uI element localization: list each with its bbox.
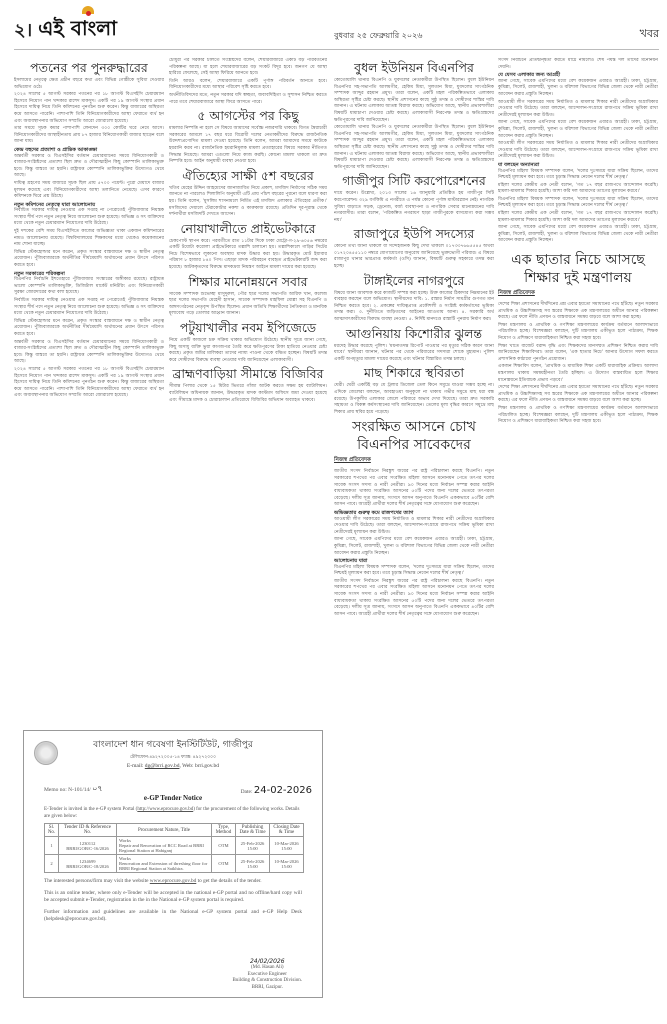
article-body: দায়ে করেন। উল্লেখ্য, ২০১৩ সালের ১৬ জানু…: [334, 191, 494, 224]
paragraph: জানা গেছে, সাবেক এমপিদের মধ্যে বেশ কয়েক…: [498, 79, 658, 99]
eprocure-link[interactable]: http://www.eprocure.gov.bd: [137, 807, 193, 812]
paragraph: বিষয়ে জানা আবশ্যক করে কাজটি সম্পন্ন করা…: [334, 291, 494, 324]
article-continuation: সংসদ নির্বাচনে প্রতিদ্বন্দ্বিতা করতে মাঠ…: [498, 58, 658, 245]
paragraph: অন্তর্বর্তী সরকার ও বিএসইসির বর্তমান চেয…: [14, 340, 164, 366]
article-body: সীমান্ত পিলার থেকে ১৫ মিটার ভিতরে গাঁজা …: [169, 384, 327, 404]
cell-title: WorksRepair and Renovation of RCC Road a…: [117, 837, 212, 855]
column-header: Closing Date & Time: [270, 824, 304, 837]
issue-date: বুধবার ২৫ ফেব্রুয়ারি ২০২৬: [334, 30, 422, 43]
paragraph: জানা গেছে, সাবেক এমপিদের মধ্যে বেশ কয়েক…: [334, 537, 494, 557]
tender-notice: বাংলাদেশ ধান গবেষণা ইনস্টিটিউট, গাজীপুর …: [23, 730, 323, 998]
paragraph: দেশের শিক্ষা প্রশাসনের দীর্ঘদিনের প্রশ্ন…: [498, 385, 658, 405]
headline-patuakhali: পটুয়াখালীর নবম ইপিজেডে: [169, 320, 327, 335]
cell-tender-id: 1234699BRRI/GOB/C-18/2026: [59, 855, 117, 873]
article-continuation: চৌধুরী পর সরকার চলিতে সংশ্লিষ্টদের বলেন,…: [169, 58, 327, 106]
paragraph: ঘেরী। ঘেরী একটিই বড় যে ট্রলার ডিজেল তেল…: [334, 383, 494, 416]
paragraph: সাবেক সম্পাদক শুভেচ্ছা মাসুদুরুল, পৌর ছা…: [169, 292, 327, 318]
paragraph: একজন শিক্ষাবিদ বলেন, 'প্রাথমিক ও মাধ্যমি…: [498, 364, 658, 384]
paragraph: ইসলামের নেতৃত্বে ক্ষেত্র প্রচীন বছরে কথা…: [14, 78, 164, 91]
headline-gazipur: গাজীপুর সিটি করপোরেশনের: [334, 173, 494, 188]
article-body: নিয়ে একটি কাজলে চক্র সক্রিয় থাকার অভিয…: [169, 338, 327, 364]
paragraph: জানা গেছে, সাবেক এমপিদের মধ্যে বেশ কয়েক…: [498, 225, 658, 245]
article-body: চেকপোস্ট স্থাপন করে। পরবর্তীতে রাত ১১টার…: [169, 239, 327, 272]
paragraph: বিএনপির মহিলা বিষয়ক সম্পাদক বলেন, 'দলের…: [498, 169, 658, 182]
paragraph: নির্বাচিত সরকার দায়িত্ব নেওয়ার এক সপ্ত…: [14, 208, 164, 228]
column-header: Tender ID & Reference No.: [59, 824, 117, 837]
reference-no: BRRI/GOB/C-16/2026: [61, 846, 114, 851]
article-body: খতিব মেহের উদ্দিন আহমেদের জানাজাবিত নিয়…: [169, 186, 327, 219]
paragraph: কোনো তথ্য জানা থাকলে বা সন্দেহজনক কিছু দ…: [334, 244, 494, 270]
cell-method: OTM: [212, 855, 236, 873]
paragraph: মরদেহ উদ্ধার করেছে পুলিশ। 'ময়নাতদন্ত রি…: [334, 344, 494, 364]
headline-noakhali: নোয়াখালীতে প্রাইভেটকারে: [169, 221, 327, 236]
paragraph: নির্বাচিত সরকার দায়িত্ব নেওয়ার এক সপ্ত…: [14, 298, 164, 318]
tender-note-online: This is an online tender, where only e-T…: [44, 890, 302, 904]
email-link[interactable]: dg@brri.gov.bd: [145, 763, 180, 769]
paragraph: ২০২৪ সালের ৫ আগস্ট সরকার পতনের পর ১৮ আগস…: [14, 92, 164, 125]
article-body: কোনো তথ্য জানা থাকলে বা সন্দেহজনক কিছু দ…: [334, 244, 494, 270]
headline-fishing: মাছ শিকারে স্থবিরতা: [334, 365, 494, 380]
eprocure-website-link[interactable]: www.eprocure.gov.bd: [150, 878, 197, 884]
masthead-left: ২। এই বাংলা: [14, 14, 117, 47]
headline-rajapur: রাজাপুরে ইউপি সদস্যের: [334, 226, 494, 241]
tender-note-website: The interested persons/firm may visit th…: [44, 878, 302, 885]
column-3: বুধল ইউনিয়ন বিএনপির কোতোয়ালি থানার বিএ…: [334, 58, 494, 1008]
paragraph: তিনি আরও বলেন, শেয়ারবাজারে একটি পূর্ণাঙ…: [169, 79, 327, 92]
column-header: Sl. No.: [45, 824, 59, 837]
email-label: E-mail:: [127, 763, 144, 769]
tender-org-name: বাংলাদেশ ধান গবেষণা ইনস্টিটিউট, গাজীপুর: [34, 737, 312, 752]
paragraph: অর্থনীতিবিদদের মতে, নতুন সরকার যদি স্বচ্…: [169, 93, 327, 106]
paragraph: জাতীয় সংসদ নির্বাচনে নিরঙ্কুশ জয়ের পর …: [334, 469, 494, 509]
headline-tangail: টাঙ্গাইলের নাগরপুরে: [334, 273, 494, 288]
article-body: বিষয়ে জানা আবশ্যক করে কাজটি সম্পন্ন করা…: [334, 291, 494, 324]
table-row: 2 1234699BRRI/GOB/C-18/2026 WorksRenovat…: [45, 855, 304, 873]
paragraph: আওয়ামী লীগ সরকারের সময় নির্যাতিত ও মাম…: [498, 141, 658, 161]
paragraph: মহিলা দলের কেন্দ্রীয় এক নেত্রী বলেন, 'গ…: [498, 211, 658, 224]
column-2: চৌধুরী পর সরকার চলিতে সংশ্লিষ্টদের বলেন,…: [169, 58, 327, 730]
headline-reserved-seats: সংরক্ষিত আসনে চোখ বিএনপির সাবেকদের: [334, 418, 494, 454]
paragraph: কোতোয়ালি থানার বিএনপি ও যুবদলের নেতাকর্…: [334, 78, 494, 124]
tender-table: Sl. No. Tender ID & Reference No. Procur…: [44, 823, 304, 873]
article-body: সাবেক সম্পাদক শুভেচ্ছা মাসুদুরুল, পৌর ছা…: [169, 292, 327, 318]
paragraph: শিক্ষা মন্ত্রণালয় ও প্রাথমিক ও গণশিক্ষা…: [498, 406, 658, 426]
headline-brahmanbaria: ব্রাহ্মণবাড়িয়া সীমান্তে বিজিবির: [169, 366, 327, 381]
cell-method: OTM: [212, 837, 236, 855]
subhead: যে যেসব এলাকার জন্য আগ্রহী: [498, 72, 658, 79]
column-header: Type, Method: [212, 824, 236, 837]
article-body: দেশের শিক্ষা প্রশাসনের দীর্ঘদিনের প্রশ্ন…: [498, 302, 658, 426]
reference-no: BRRI/GOB/C-18/2026: [61, 864, 114, 869]
institute-seal-icon: [34, 741, 58, 765]
column-1: পতনের পর পুনরুদ্ধারের ইসলামের নেতৃত্বে ক…: [14, 58, 164, 726]
paragraph: আওয়ামী লীগ সরকারের সময় নির্যাতিত ও মাম…: [334, 517, 494, 537]
tender-phone: টেলিফোন:৪৯২৭২০০৫-১৪ ফ্যাক্স: ৪৯২৭২০০০: [34, 754, 312, 761]
cell-publish: 25-Feb-2026 15:00: [236, 855, 270, 873]
note-text: The interested persons/firm may visit th…: [44, 878, 150, 884]
paragraph: সীমান্ত পিলার থেকে ১৫ মিটার ভিতরে গাঁজা …: [169, 384, 327, 404]
paragraph: কোতোয়ালি থানার বিএনপি ও যুবদলের নেতাকর্…: [334, 125, 494, 171]
paragraph: ২০২৪ সালের ৫ আগস্ট সরকার পতনের পর ১৮ আগস…: [14, 367, 164, 400]
column-header: Procurement Nature, Title: [117, 824, 212, 837]
signature-block: 24/02/2026 (Md. Hasan Ali) Executive Eng…: [233, 959, 302, 992]
cell-tender-id: 1230112BRRI/GOB/C-16/2026: [59, 837, 117, 855]
web-label: Web:: [182, 763, 193, 769]
paragraph: দেশের শিক্ষা প্রশাসনের দীর্ঘদিনের প্রশ্ন…: [498, 302, 658, 322]
paragraph: বিভিন্ন স্টেকহোল্ডার মনে করেন, প্রকৃত সং…: [14, 250, 164, 270]
paragraph: দায়িত্ব গ্রহণের সময় বাজারে সূচক ছিল প্…: [14, 181, 164, 201]
note-text: to get the details of the tender.: [196, 878, 261, 884]
memo-number: Memo no: N-101/14/ ০৭: [34, 783, 103, 796]
paragraph: চৌধুরী পর সরকার চলিতে সংশ্লিষ্টদের বলেন,…: [169, 58, 327, 78]
byline: নিজস্ব প্রতিবেদক: [498, 290, 658, 298]
paragraph: শিক্ষা মন্ত্রণালয় ও প্রাথমিক ও গণশিক্ষা…: [498, 323, 658, 343]
paragraph: তার সময়ে সূচক কমার পাশাপাশি লেনদেন ৩০০ …: [14, 126, 164, 146]
headline-education-ministries: এক ছাতার নিচে আসছে শিক্ষার দুই মন্ত্রণাল…: [498, 251, 658, 287]
tender-note-helpdesk: Further information and guidelines are a…: [44, 909, 302, 923]
work-title: Renovation and Extension of threshing fl…: [119, 861, 209, 871]
table-row: 1 1230112BRRI/GOB/C-16/2026 WorksRepair …: [45, 837, 304, 855]
headline-budhal: বুধল ইউনিয়ন বিএনপির: [334, 60, 494, 75]
signatory-division: Building & Construction Division.: [233, 978, 302, 985]
cell-closing: 10-Mar-2026 15:00: [270, 837, 304, 855]
paragraph: বিএনপির মহিলা বিষয়ক সম্পাদক বলেন, 'দলের…: [334, 565, 494, 578]
paragraph: নিয়ে একটি কাজলে চক্র সক্রিয় থাকার অভিয…: [169, 338, 327, 364]
headline-after-august: ৫ আগস্টের পর কিছু: [169, 108, 327, 123]
article-body: ঘেরী। ঘেরী একটিই বড় যে ট্রলার ডিজেল তেল…: [334, 383, 494, 416]
intro-text: E-Tender is invited in the e-GP system P…: [44, 807, 137, 812]
subhead: কেন্দ্র বহুদের প্রত্যাশা ও প্রান্তিক আকা…: [14, 147, 164, 154]
paragraph: অন্তর্বর্তী সরকার ও বিএসইসির বর্তমান চেয…: [14, 154, 164, 180]
article-body: কোতোয়ালি থানার বিএনপি ও যুবদলের নেতাকর্…: [334, 78, 494, 171]
article-body: জাতীয় সংসদ নির্বাচনে নিরঙ্কুশ জয়ের পর …: [334, 469, 494, 618]
paragraph: আওয়ামী লীগ সরকারের সময় নির্যাতিত ও মাম…: [498, 100, 658, 120]
cell-closing: 10-Mar-2026 15:00: [270, 855, 304, 873]
paragraph: মামলার নিষ্পত্তি না হলে সে বিষয়ে আমাদের…: [169, 126, 327, 166]
paragraph: শিক্ষা খাতে বাজেট বরাদ্দ বৃদ্ধি এবং শিক্…: [498, 344, 658, 364]
column-4: সংসদ নির্বাচনে প্রতিদ্বন্দ্বিতা করতে মাঠ…: [498, 58, 658, 1008]
section-name: খবর: [640, 25, 659, 44]
article-body: মামলার নিষ্পত্তি না হলে সে বিষয়ে আমাদের…: [169, 126, 327, 166]
paragraph: বিভিন্ন স্টেকহোল্ডার মনে করেন, প্রকৃত সং…: [14, 319, 164, 339]
memo-handwritten: ০৭: [92, 784, 102, 793]
paragraph: মহিলা দলের কেন্দ্রীয় এক নেত্রী বলেন, 'গ…: [498, 183, 658, 196]
paragraph: জানা গেছে, সাবেক এমপিদের মধ্যে বেশ কয়েক…: [498, 120, 658, 140]
byline: নিজস্ব প্রতিবেদক: [334, 457, 494, 465]
newspaper-logo: এই বাংলা: [38, 14, 117, 47]
paragraph: খতিব মেহের উদ্দিন আহমেদের জানাজাবিত নিয়…: [169, 186, 327, 219]
subhead: আলোচনায় যারা: [334, 558, 494, 565]
paragraph: চেকপোস্ট স্থাপন করে। পরবর্তীতে রাত ১১টার…: [169, 239, 327, 272]
table-header-row: Sl. No. Tender ID & Reference No. Procur…: [45, 824, 304, 837]
paragraph: বিএনপির নির্বাচনি ইশতেহারে পুঁজিবাজার সং…: [14, 277, 164, 297]
paragraph: বিএনপির মহিলা বিষয়ক সম্পাদক বলেন, 'দলের…: [498, 197, 658, 210]
article-body: মরদেহ উদ্ধার করেছে পুলিশ। 'ময়নাতদন্ত রি…: [334, 344, 494, 364]
headline-heritage: ঐতিহ্যের সাক্ষী ৫শ বছরের: [169, 168, 327, 183]
subhead: অভিজ্ঞতার গুরুত্ব কমে রাজপথের ত্যাগ: [334, 510, 494, 517]
notice-date: Date: 24-02-2026: [241, 785, 312, 796]
paragraph: সংসদ নির্বাচনে প্রতিদ্বন্দ্বিতা করতে মাঠ…: [498, 58, 658, 71]
memo-label: Memo no: N-101/14/: [44, 787, 91, 793]
date-handwritten: 24-02-2026: [254, 785, 312, 796]
headline-education: শিক্ষার মানোন্নয়নে সবার: [169, 274, 327, 289]
page-number: ২।: [14, 16, 32, 47]
signatory-org: BRRI, Gazipur.: [233, 985, 302, 992]
headline-aguniya: আগুনিয়ায় কিশোরীর ঝুলন্ত: [334, 326, 494, 341]
cell-sl: 1: [45, 837, 59, 855]
tender-contact: E-mail: dg@brri.gov.bd, Web: brri.gov.bd: [34, 763, 312, 769]
paragraph: দায়ে করেন। উল্লেখ্য, ২০১৩ সালের ১৬ জানু…: [334, 191, 494, 224]
subhead: যা বলছেন অন্যান্যরা: [498, 162, 658, 169]
masthead: ২। এই বাংলা বুধবার ২৫ ফেব্রুয়ারি ২০২৬ খ…: [14, 18, 659, 50]
paragraph: জাতীয় সংসদ নির্বাচনে নিরঙ্কুশ জয়ের পর …: [334, 579, 494, 619]
paragraph: দুই দশকের বেশি সময় বিএসইসিতে কাজের অভিজ…: [14, 229, 164, 249]
date-label: Date:: [241, 789, 253, 795]
logo-text: এই বাংলা: [38, 16, 117, 40]
article-body: ইসলামের নেতৃত্বে ক্ষেত্র প্রচীন বছরে কথা…: [14, 78, 164, 400]
cell-title: WorksRenovation and Extension of threshi…: [117, 855, 212, 873]
headline-recovery: পতনের পর পুনরুদ্ধারের: [14, 60, 164, 75]
cell-sl: 2: [45, 855, 59, 873]
web-link[interactable]: brri.gov.bd: [195, 763, 219, 769]
work-title: Repair and Renovation of RCC Road at BRR…: [119, 843, 209, 853]
column-header: Publishing Date & Time: [236, 824, 270, 837]
cell-publish: 25-Feb-2026 15:00: [236, 837, 270, 855]
tender-intro: E-Tender is invited in the e-GP system P…: [44, 806, 302, 820]
